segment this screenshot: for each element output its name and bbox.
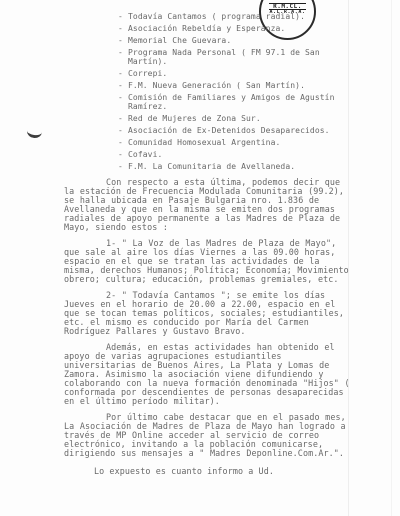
- list-item: - Asociación Rebeldía y Esperanza.: [118, 25, 350, 34]
- paragraph-support: Además, en estas actividades han obtenid…: [64, 343, 350, 406]
- organization-list: - Todavía Cantamos ( programa radial). -…: [118, 13, 350, 172]
- paragraph-program-1: 1- " La Voz de las Madres de Plaza de Ma…: [64, 239, 350, 284]
- scanned-document-page: R.M.CL. A.L.R.A.A. - Todavía Cantamos ( …: [0, 0, 400, 516]
- list-item-text: Memorial Che Guevara.: [128, 37, 231, 46]
- list-item: - F.M. Nueva Generación ( San Martín).: [118, 82, 350, 91]
- list-bullet: -: [118, 37, 128, 46]
- list-item: - Programa Nada Personal ( FM 97.1 de Sa…: [118, 49, 350, 66]
- list-item: - Asociación de Ex-Detenidos Desaparecid…: [118, 127, 350, 136]
- list-item-text: Cofavi.: [128, 151, 162, 160]
- list-item-text: F.M. La Comunitaria de Avellaneda.: [128, 163, 295, 172]
- list-bullet: -: [118, 151, 128, 160]
- list-bullet: -: [118, 94, 128, 103]
- list-bullet: -: [118, 13, 128, 22]
- paragraph-program-2: 2- " Todavía Cantamos "; se emite los dí…: [64, 291, 350, 336]
- list-item-text: Todavía Cantamos ( programa radial).: [128, 13, 305, 22]
- paper-fold-line: [391, 0, 392, 516]
- list-bullet: -: [118, 70, 128, 79]
- list-item: - Correpi.: [118, 70, 350, 79]
- list-item-text: Programa Nada Personal ( FM 97.1 de San …: [128, 49, 343, 66]
- list-item: - Memorial Che Guevara.: [118, 37, 350, 46]
- pen-check-mark: [26, 124, 42, 139]
- list-item-text: Comunidad Homosexual Argentina.: [128, 139, 280, 148]
- list-item: - Todavía Cantamos ( programa radial).: [118, 13, 350, 22]
- list-item: - Cofavi.: [118, 151, 350, 160]
- list-bullet: -: [118, 163, 128, 172]
- paragraph-email: Por último cabe destacar que en el pasad…: [64, 413, 350, 458]
- list-item: - F.M. La Comunitaria de Avellaneda.: [118, 163, 350, 172]
- list-bullet: -: [118, 115, 128, 124]
- list-item: - Comisión de Familiares y Amigos de Agu…: [118, 94, 350, 111]
- list-item-text: Asociación Rebeldía y Esperanza.: [128, 25, 285, 34]
- list-bullet: -: [118, 127, 128, 136]
- document-body: - Todavía Cantamos ( programa radial). -…: [64, 13, 350, 476]
- list-item-text: Red de Mujeres de Zona Sur.: [128, 115, 261, 124]
- list-item-text: F.M. Nueva Generación ( San Martín).: [128, 82, 305, 91]
- list-bullet: -: [118, 139, 128, 148]
- list-item-text: Asociación de Ex-Detenidos Desaparecidos…: [128, 127, 330, 136]
- closing-line: Lo expuesto es cuanto informo a Ud.: [94, 467, 350, 476]
- list-item: - Red de Mujeres de Zona Sur.: [118, 115, 350, 124]
- list-bullet: -: [118, 25, 128, 34]
- list-item-text: Correpi.: [128, 70, 167, 79]
- paragraph-intro: Con respecto a esta última, podemos deci…: [64, 178, 350, 232]
- list-item: - Comunidad Homosexual Argentina.: [118, 139, 350, 148]
- list-bullet: -: [118, 82, 128, 91]
- list-bullet: -: [118, 49, 128, 58]
- list-item-text: Comisión de Familiares y Amigos de Agust…: [128, 94, 343, 111]
